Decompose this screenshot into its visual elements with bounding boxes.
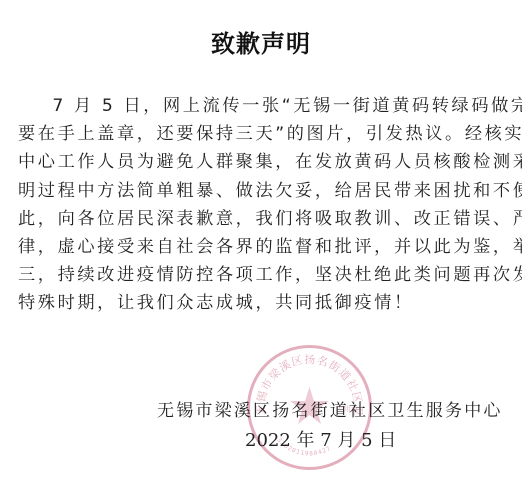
statement-body: 7 月 5 日，网上流传一张“无锡一街道黄码转绿码做完核酸 要在手上盖章，还要保… xyxy=(18,92,500,318)
body-line: 特殊时期，让我们众志成城，共同抵御疫情！ xyxy=(18,289,500,317)
issuer-signature: 无锡市梁溪区扬名街道社区卫生服务中心 xyxy=(157,396,467,421)
body-line: 此，向各位居民深表歉意，我们将吸取教训、改正错误、严肃纪 xyxy=(18,205,500,233)
body-line: 7 月 5 日，网上流传一张“无锡一街道黄码转绿码做完核酸 xyxy=(18,92,500,120)
body-line: 律，虚心接受来自社会各界的监督和批评，并以此为鉴，举一反 xyxy=(18,233,500,261)
body-line: 要在手上盖章，还要保持三天”的图片，引发热议。经核实，我 xyxy=(18,120,500,148)
body-line: 中心工作人员为避免人群聚集，在发放黄码人员核酸检测采样证 xyxy=(18,148,500,176)
body-line: 三，持续改进疫情防控各项工作，坚决杜绝此类问题再次发生。 xyxy=(18,261,500,289)
issue-date: 2022 年 7 月 5 日 xyxy=(245,426,396,452)
body-line: 明过程中方法简单粗暴、做法欠妥，给居民带来困扰和不便。在 xyxy=(18,177,500,205)
document-title: 致歉声明 xyxy=(0,24,522,59)
